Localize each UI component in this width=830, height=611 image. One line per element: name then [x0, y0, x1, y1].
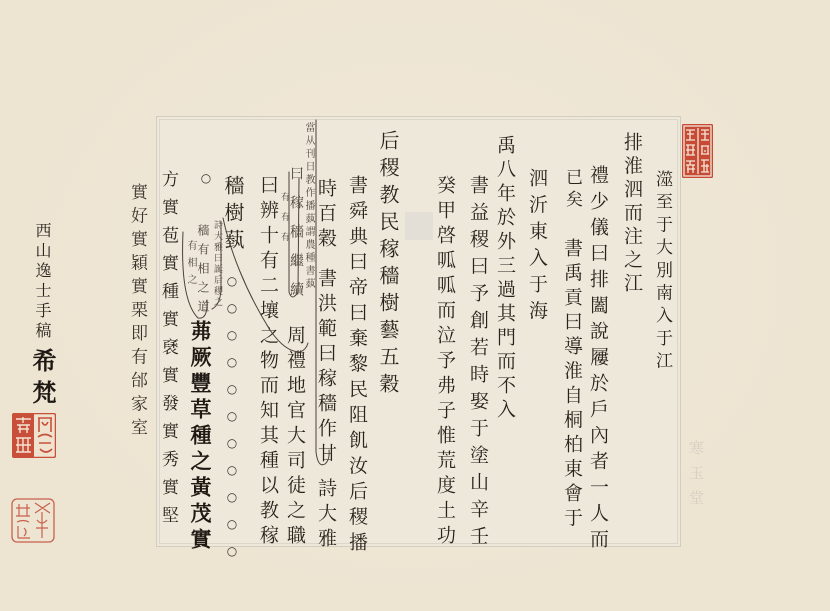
- seal-left-lower-icon: [11, 498, 55, 543]
- text-column-12: 周禮地官大司徒之職: [285, 325, 304, 550]
- annotation-5: 穡有相之道: [197, 224, 209, 319]
- signature: 希梵: [30, 348, 54, 412]
- text-column-13: 曰辨十有二壤之物而知其種以教稼: [258, 175, 277, 550]
- seal-top-right-icon: [682, 124, 713, 178]
- text-column-4a: 已矣: [563, 168, 580, 212]
- text-column-7: 書益稷曰予創若時娶于塗山辛壬: [468, 175, 487, 553]
- text-column-5: 泗沂東入于海: [527, 168, 546, 327]
- text-column-4b: 書禹貢曰導淮自桐柏東會于: [562, 238, 581, 532]
- text-column-6: 禹八年於外三過其門而不入: [495, 135, 514, 423]
- text-column-14: 穡樹蓺: [223, 175, 243, 256]
- text-column-3: 禮少儀曰排闔說屨於戶內者一人而: [588, 165, 607, 555]
- annotation-4: 詩大雅曰誕后稷之: [212, 220, 221, 308]
- text-column-1: 澨至于大別南入于江: [653, 170, 670, 374]
- seal-left-upper-icon: [12, 413, 56, 458]
- text-column-15: 茀厥豐草種之黃茂實: [190, 320, 211, 554]
- text-column-11a: 時百穀: [316, 178, 335, 253]
- inscription-line: 西山逸士手稿: [34, 222, 50, 342]
- light-reflection: [405, 212, 433, 240]
- text-column-16: 方實苞實種實褎實發實秀實堅: [159, 170, 176, 534]
- faint-offset-text: 寒玉堂: [688, 440, 703, 515]
- text-column-9: 后稷教民稼穡樹藝五穀: [378, 130, 398, 400]
- text-column-11c: 詩大雅: [316, 478, 335, 553]
- omission-circle: ○: [200, 171, 212, 185]
- text-column-10: 書舜典曰帝曰棄黎民阻飢汝后稷播: [347, 175, 366, 558]
- omission-circles-column: ○○○○○○○○○○○: [226, 274, 238, 571]
- annotation-3: 有有有: [279, 192, 288, 252]
- annotation-1: 當从刊日教作播蓺謂農種書蓺: [303, 122, 313, 291]
- text-column-2: 排淮泗而注之江: [622, 132, 641, 297]
- annotation-6: 有相之: [185, 240, 195, 291]
- text-column-11b: 書洪範曰稼穡作甘: [316, 268, 335, 468]
- outer-text-column: 實好實穎實栗即有邰家室: [128, 183, 145, 442]
- annotation-2: 曰稼穡繼續: [289, 166, 303, 311]
- text-column-8: 癸甲啓呱呱而泣予弗子惟荒度土功: [435, 175, 454, 550]
